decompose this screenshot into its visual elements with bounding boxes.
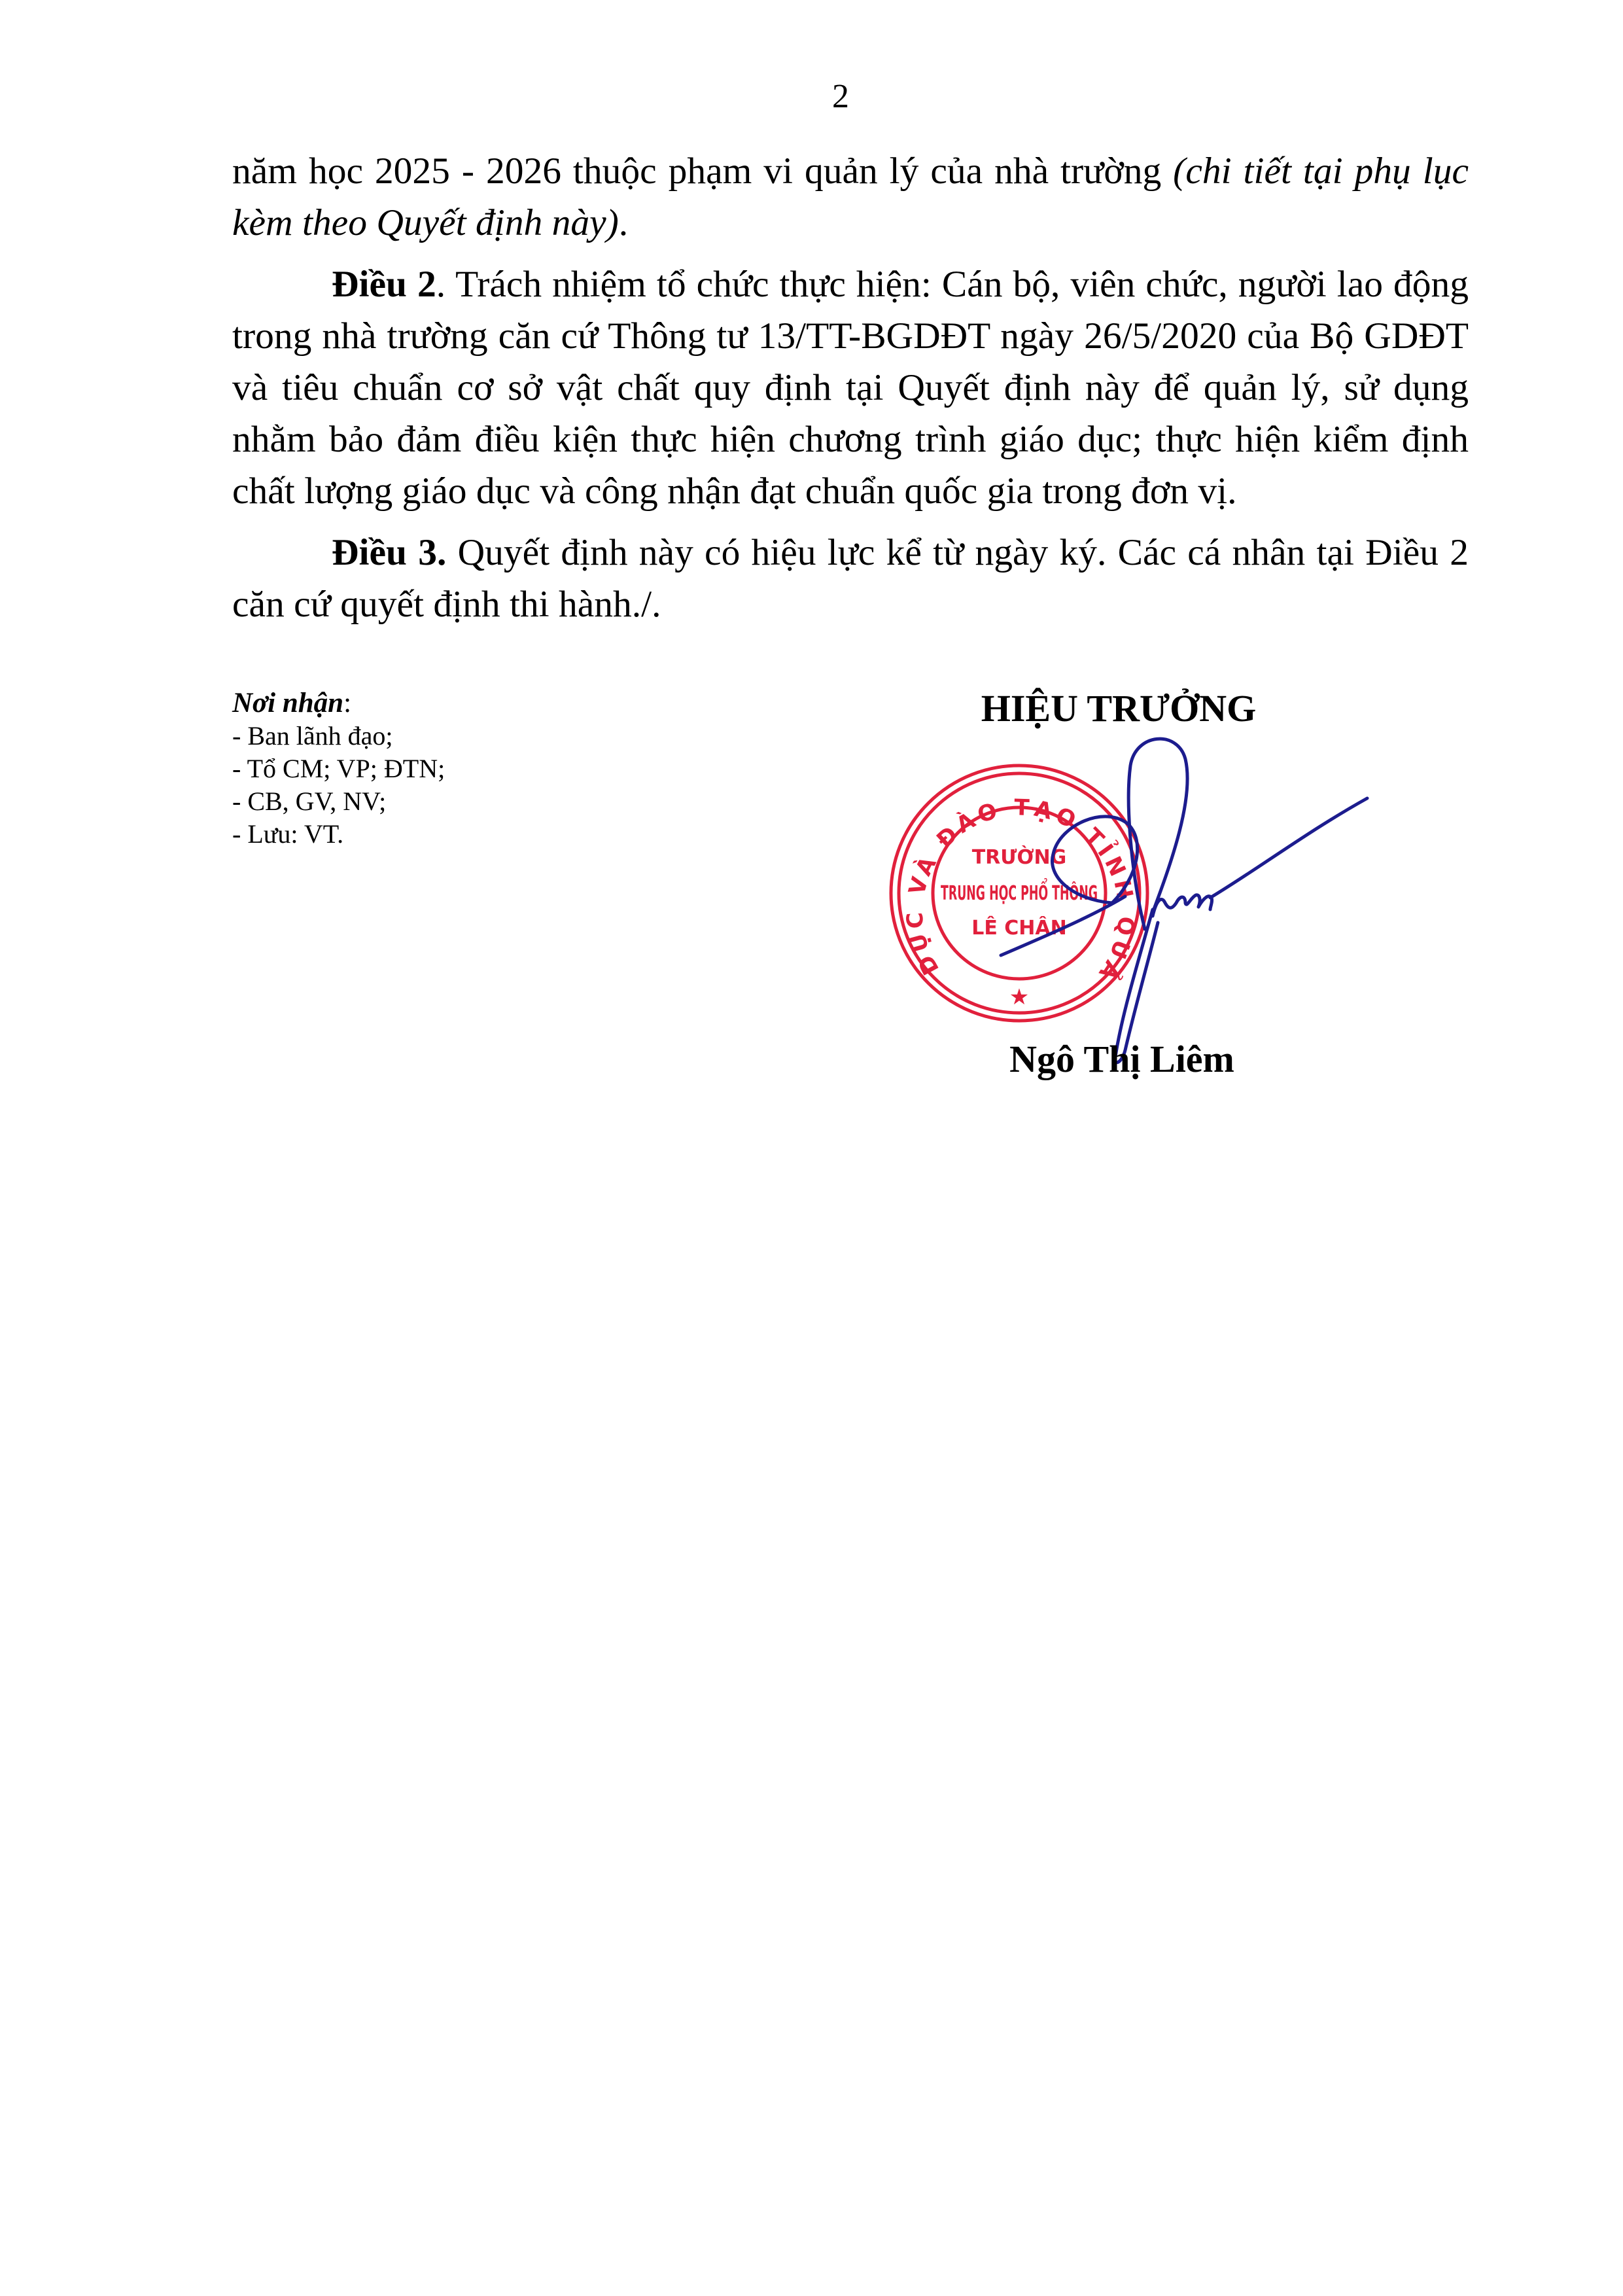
recipient-item: - Tổ CM; VP; ĐTN;: [232, 752, 445, 785]
recipients-heading-colon: :: [343, 688, 351, 718]
recipient-item: - Lưu: VT.: [232, 818, 445, 851]
article-2: Điều 2. Trách nhiệm tổ chức thực hiện: C…: [232, 258, 1469, 517]
recipients-list: - Ban lãnh đạo; - Tổ CM; VP; ĐTN; - CB, …: [232, 720, 445, 851]
scope-end: .: [619, 202, 628, 243]
article-2-label: Điều 2: [332, 264, 436, 305]
page-number: 2: [0, 77, 1623, 116]
paragraph-scope: năm học 2025 - 2026 thuộc phạm vi quản l…: [232, 145, 1469, 249]
signer-name: Ngô Thị Liêm: [942, 1036, 1302, 1082]
article-3-label: Điều 3.: [332, 532, 446, 573]
recipient-item: - CB, GV, NV;: [232, 785, 445, 818]
article-3: Điều 3. Quyết định này có hiệu lực kể từ…: [232, 527, 1469, 630]
recipients-block: Nơi nhận: - Ban lãnh đạo; - Tổ CM; VP; Đ…: [232, 687, 445, 851]
recipients-heading-text: Nơi nhận: [232, 688, 343, 718]
recipients-heading: Nơi nhận:: [232, 687, 445, 720]
article-2-separator: .: [436, 264, 455, 305]
signer-title: HIỆU TRƯỞNG: [942, 686, 1295, 732]
handwritten-signature-icon: [981, 726, 1387, 1067]
scope-text: năm học 2025 - 2026 thuộc phạm vi quản l…: [232, 150, 1173, 192]
recipient-item: - Ban lãnh đạo;: [232, 720, 445, 752]
document-body: năm học 2025 - 2026 thuộc phạm vi quản l…: [232, 145, 1469, 630]
